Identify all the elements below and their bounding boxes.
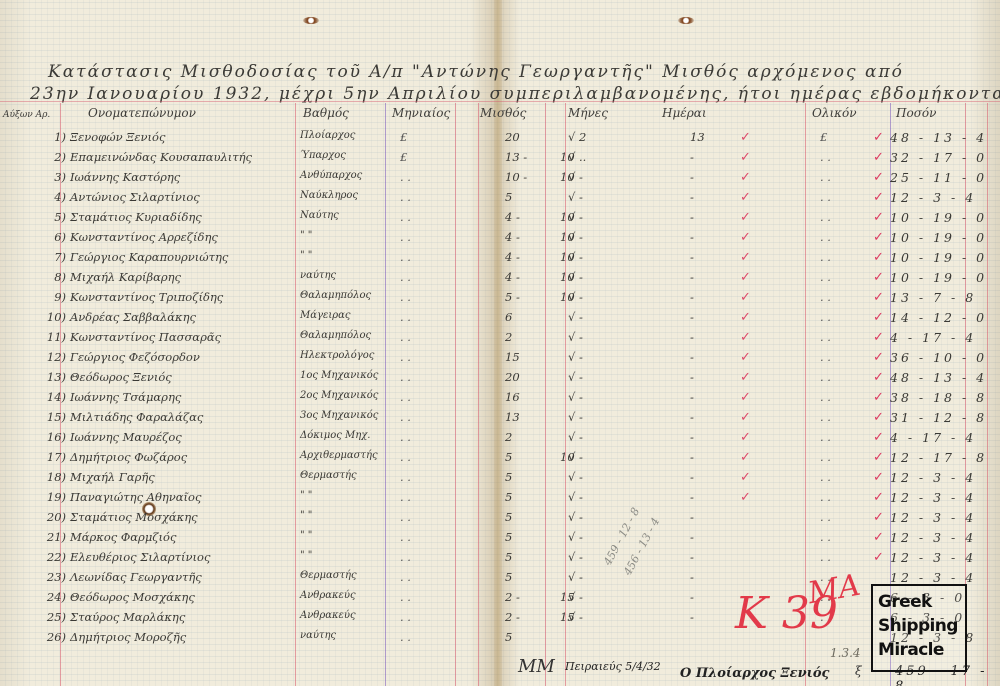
total-in-mark: . . (820, 250, 831, 264)
amount-value: 10 - 19 - 0 (890, 270, 1000, 285)
watermark-line-2: Shipping (878, 614, 965, 638)
crew-name: Σταμάτιος Μοσχάκης (70, 510, 198, 524)
days-value: - (690, 290, 694, 304)
row-number: 24) (40, 590, 66, 604)
red-check-icon: ✓ (740, 310, 751, 325)
monthly-mark: . . (400, 310, 411, 324)
days-value: - (690, 330, 694, 344)
months-value: √ - (568, 190, 583, 204)
monthly-mark: . . (400, 190, 411, 204)
row-number: 2) (40, 150, 66, 164)
red-check-icon: ✓ (740, 150, 751, 165)
days-value: - (690, 550, 694, 564)
amount-value: 4 - 17 - 4 (890, 430, 1000, 445)
table-row: 19)Παναγιώτης Αθηναῖος" ". .5√ --✓. .✓12… (0, 488, 1000, 508)
crew-name: Θεόδωρος Μοσχάκης (70, 590, 195, 604)
crew-rank: 2ος Μηχανικός (300, 390, 378, 401)
table-row: 20)Σταμάτιος Μοσχάκης" ". .5√ --. .✓12 -… (0, 508, 1000, 528)
red-check-icon: ✓ (873, 490, 884, 505)
red-check-icon: ✓ (740, 270, 751, 285)
days-value: - (690, 610, 694, 624)
crew-name: Λεωνίδας Γεωργαντῆς (70, 570, 202, 584)
red-check-icon: ✓ (873, 190, 884, 205)
wage-pounds: 5 (505, 470, 555, 484)
crew-rank: Πλοίαρχος (300, 130, 355, 141)
row-number: 21) (40, 530, 66, 544)
total-in-mark: . . (820, 310, 831, 324)
amount-value: 10 - 19 - 0 (890, 210, 1000, 225)
crew-name: Δημήτριος Φωζάρος (70, 450, 187, 464)
crew-rank: " " (300, 510, 312, 521)
amount-value: 48 - 13 - 4 (890, 130, 1000, 145)
row-number: 17) (40, 450, 66, 464)
red-check-icon: ✓ (740, 410, 751, 425)
table-row: 1)Ξενοφών ΞενιόςΠλοίαρχος£20√ 213✓£✓48 -… (0, 128, 1000, 148)
monthly-mark: . . (400, 570, 411, 584)
table-row: 21)Μάρκος Φαρμζιός" ". .5√ --. .✓12 - 3 … (0, 528, 1000, 548)
row-number: 11) (40, 330, 66, 344)
monthly-mark: . . (400, 510, 411, 524)
amount-value: 10 - 19 - 0 (890, 250, 1000, 265)
crew-rank: " " (300, 530, 312, 541)
crew-rank: 1ος Μηχανικός (300, 370, 378, 381)
monthly-mark: £ (400, 130, 407, 144)
crew-name: Ιωάννης Καστόρης (70, 170, 180, 184)
crew-name: Ανδρέας Σαββαλάκης (70, 310, 196, 324)
total-in-mark: . . (820, 290, 831, 304)
crew-rank: " " (300, 550, 312, 561)
monthly-mark: . . (400, 330, 411, 344)
red-check-icon: ✓ (873, 430, 884, 445)
monthly-mark: . . (400, 490, 411, 504)
wage-pounds: 5 (505, 630, 555, 644)
red-check-icon: ✓ (873, 310, 884, 325)
crew-rank: Θαλαμηπόλος (300, 330, 371, 341)
table-row: 11)Κωνσταντίνος ΠασσαρᾶςΘαλαμηπόλος. .2√… (0, 328, 1000, 348)
small-note: 1.3.4 (830, 646, 861, 660)
crew-name: Γεώργιος Φεζόσορδον (70, 350, 200, 364)
red-check-icon: ✓ (740, 250, 751, 265)
days-value: - (690, 310, 694, 324)
days-value: 13 (690, 130, 705, 144)
table-row: 8)Μιχαήλ Καρίβαρηςναύτης. .4 -10√ --✓. .… (0, 268, 1000, 288)
red-check-icon: ✓ (740, 390, 751, 405)
crew-name: Σταύρος Μαρλάκης (70, 610, 185, 624)
total-in-mark: . . (820, 150, 831, 164)
wage-pounds: 15 (505, 350, 555, 364)
row-number: 19) (40, 490, 66, 504)
days-value: - (690, 510, 694, 524)
monthly-mark: . . (400, 470, 411, 484)
days-value: - (690, 370, 694, 384)
wage-pounds: 4 - (505, 270, 555, 284)
months-value: √ - (568, 390, 583, 404)
crew-rank: ναύτης (300, 270, 336, 281)
wage-pounds: 10 - (505, 170, 555, 184)
footer-initials: ΜΜ (518, 656, 555, 677)
months-value: √ - (568, 510, 583, 524)
crew-name: Μιχαήλ Καρίβαρης (70, 270, 181, 284)
red-check-icon: ✓ (873, 270, 884, 285)
red-check-icon: ✓ (740, 130, 751, 145)
total-in-mark: . . (820, 490, 831, 504)
header-serial: Αύξων Αρ. (3, 110, 50, 120)
days-value: - (690, 390, 694, 404)
title-line-1: Κατάστασις Μισθοδοσίας τοῦ Α/π "Αντώνης … (48, 62, 904, 82)
wage-pounds: 4 - (505, 210, 555, 224)
total-in-mark: . . (820, 470, 831, 484)
amount-value: 48 - 13 - 4 (890, 370, 1000, 385)
crew-name: Παναγιώτης Αθηναῖος (70, 490, 201, 504)
crew-name: Μιχαήλ Γαρῆς (70, 470, 155, 484)
months-value: √ - (568, 590, 583, 604)
monthly-mark: . . (400, 430, 411, 444)
crew-name: Ελευθέριος Σιλαρτίνιος (70, 550, 210, 564)
watermark-line-3: Miracle (878, 638, 965, 662)
amount-value: 12 - 3 - 4 (890, 510, 1000, 525)
wage-pounds: 5 (505, 530, 555, 544)
monthly-mark: . . (400, 630, 411, 644)
crew-rank: Θερμαστής (300, 470, 357, 481)
crew-name: Ιωάννης Τσάμαρης (70, 390, 181, 404)
days-value: - (690, 270, 694, 284)
header-amount: Ποσόν (896, 106, 936, 120)
row-number: 22) (40, 550, 66, 564)
table-row: 25)Σταύρος ΜαρλάκηςΑνθρακεύς. .2 -15√ --… (0, 608, 1000, 628)
crew-rank: Ανθρακεύς (300, 610, 356, 621)
red-check-icon: ✓ (740, 470, 751, 485)
row-number: 10) (40, 310, 66, 324)
months-value: √ - (568, 310, 583, 324)
wage-pounds: 13 (505, 410, 555, 424)
days-value: - (690, 150, 694, 164)
crew-name: Σταμάτιος Κυριαδίδης (70, 210, 202, 224)
total-in-mark: . . (820, 270, 831, 284)
monthly-mark: £ (400, 150, 407, 164)
red-check-icon: ✓ (873, 370, 884, 385)
months-value: √ 2 (568, 130, 586, 144)
red-check-icon: ✓ (873, 170, 884, 185)
crew-name: Κωνσταντίνος Αρρεζίδης (70, 230, 218, 244)
months-value: √ - (568, 550, 583, 564)
wage-pounds: 13 - (505, 150, 555, 164)
amount-value: 10 - 19 - 0 (890, 230, 1000, 245)
wage-pounds: 4 - (505, 230, 555, 244)
table-row: 2)Επαμεινώνδας ΚουσαπαυλιτήςΎπαρχος£13 -… (0, 148, 1000, 168)
row-number: 14) (40, 390, 66, 404)
total-in-mark: . . (820, 210, 831, 224)
crew-rank: Αρχιθερμαστής (300, 450, 378, 461)
table-row: 5)Σταμάτιος ΚυριαδίδηςΝαύτης. .4 -10√ --… (0, 208, 1000, 228)
crew-name: Επαμεινώνδας Κουσαπαυλιτής (70, 150, 252, 164)
months-value: √ - (568, 350, 583, 364)
header-months: Μήνες (568, 106, 608, 120)
row-number: 9) (40, 290, 66, 304)
red-check-icon: ✓ (740, 490, 751, 505)
monthly-mark: . . (400, 170, 411, 184)
wage-pounds: 5 (505, 550, 555, 564)
red-check-icon: ✓ (740, 350, 751, 365)
amount-value: 36 - 10 - 0 (890, 350, 1000, 365)
table-row: 4)Αντώνιος ΣιλαρτίνιοςΝαύκληρος. .5√ --✓… (0, 188, 1000, 208)
wage-pounds: 2 - (505, 610, 555, 624)
row-number: 3) (40, 170, 66, 184)
days-value: - (690, 350, 694, 364)
header-wage: Μισθός (480, 106, 526, 120)
months-value: √ - (568, 170, 583, 184)
wage-pounds: 2 (505, 430, 555, 444)
amount-value: 31 - 12 - 8 (890, 410, 1000, 425)
wage-pounds: 5 (505, 190, 555, 204)
wage-pounds: 6 (505, 310, 555, 324)
wage-pounds: 5 (505, 490, 555, 504)
crew-name: Θεόδωρος Ξενιός (70, 370, 172, 384)
days-value: - (690, 570, 694, 584)
crew-name: Αντώνιος Σιλαρτίνιος (70, 190, 200, 204)
months-value: √ - (568, 290, 583, 304)
days-value: - (690, 410, 694, 424)
months-value: √ - (568, 610, 583, 624)
row-number: 6) (40, 230, 66, 244)
amount-value: 13 - 7 - 8 (890, 290, 1000, 305)
row-number: 12) (40, 350, 66, 364)
days-value: - (690, 490, 694, 504)
monthly-mark: . . (400, 230, 411, 244)
months-value: √ - (568, 370, 583, 384)
table-row: 7)Γεώργιος Καραπουρνιώτης" ". .4 -10√ --… (0, 248, 1000, 268)
red-check-icon: ✓ (873, 210, 884, 225)
row-number: 8) (40, 270, 66, 284)
watermark-line-1: Greek (878, 590, 965, 614)
monthly-mark: . . (400, 250, 411, 264)
red-check-icon: ✓ (873, 130, 884, 145)
red-check-icon: ✓ (873, 550, 884, 565)
header-rule (0, 101, 1000, 102)
red-check-icon: ✓ (873, 470, 884, 485)
months-value: √ - (568, 250, 583, 264)
monthly-mark: . . (400, 370, 411, 384)
total-in-mark: . . (820, 450, 831, 464)
row-number: 18) (40, 470, 66, 484)
crew-name: Ιωάννης Μαυρέζος (70, 430, 182, 444)
table-row: 22)Ελευθέριος Σιλαρτίνιος" ". .5√ --. .✓… (0, 548, 1000, 568)
total-in-mark: . . (820, 330, 831, 344)
table-row: 9)Κωνσταντίνος ΤριποζίδηςΘαλαμηπόλος. .5… (0, 288, 1000, 308)
amount-value: 32 - 17 - 0 (890, 150, 1000, 165)
months-value: √ - (568, 430, 583, 444)
red-check-icon: ✓ (740, 190, 751, 205)
total-in-mark: . . (820, 390, 831, 404)
table-row: 18)Μιχαήλ ΓαρῆςΘερμαστής. .5√ --✓. .✓12 … (0, 468, 1000, 488)
row-number: 20) (40, 510, 66, 524)
wage-pounds: 4 - (505, 250, 555, 264)
wage-pounds: 20 (505, 370, 555, 384)
days-value: - (690, 430, 694, 444)
wage-pounds: 16 (505, 390, 555, 404)
days-value: - (690, 230, 694, 244)
row-number: 4) (40, 190, 66, 204)
crew-name: Κωνσταντίνος Πασσαρᾶς (70, 330, 221, 344)
amount-value: 12 - 3 - 4 (890, 570, 1000, 585)
wage-pounds: 5 (505, 450, 555, 464)
monthly-mark: . . (400, 530, 411, 544)
days-value: - (690, 190, 694, 204)
red-check-icon: ✓ (873, 410, 884, 425)
red-check-icon: ✓ (873, 330, 884, 345)
crew-rank: Θερμαστής (300, 570, 357, 581)
red-check-icon: ✓ (873, 350, 884, 365)
amount-value: 4 - 17 - 4 (890, 330, 1000, 345)
crew-rank: Ύπαρχος (300, 150, 346, 161)
row-number: 1) (40, 130, 66, 144)
crew-rank: Μάγειρας (300, 310, 351, 321)
total-in-mark: . . (820, 370, 831, 384)
table-row: 10)Ανδρέας ΣαββαλάκηςΜάγειρας. .6√ --✓. … (0, 308, 1000, 328)
total-in-mark: . . (820, 550, 831, 564)
months-value: √ - (568, 410, 583, 424)
red-check-icon: ✓ (740, 330, 751, 345)
red-check-icon: ✓ (873, 290, 884, 305)
monthly-mark: . . (400, 270, 411, 284)
total-in-mark: . . (820, 510, 831, 524)
crew-rank: Ηλεκτρολόγος (300, 350, 374, 361)
red-check-icon: ✓ (873, 230, 884, 245)
amount-value: 12 - 3 - 4 (890, 190, 1000, 205)
total-in-mark: . . (820, 170, 831, 184)
days-value: - (690, 470, 694, 484)
red-check-icon: ✓ (740, 210, 751, 225)
row-number: 23) (40, 570, 66, 584)
red-check-icon: ✓ (873, 530, 884, 545)
staple-hole-left (303, 17, 319, 24)
header-name: Ονοματεπώνυμον (88, 106, 196, 120)
wage-pounds: 20 (505, 130, 555, 144)
months-value: √ - (568, 530, 583, 544)
red-check-icon: ✓ (740, 430, 751, 445)
wage-pounds: 5 - (505, 290, 555, 304)
months-value: √ - (568, 330, 583, 344)
amount-value: 12 - 3 - 4 (890, 530, 1000, 545)
months-value: √ - (568, 210, 583, 224)
crew-name: Μάρκος Φαρμζιός (70, 530, 176, 544)
months-value: √ - (568, 230, 583, 244)
crew-rank: ναύτης (300, 630, 336, 641)
total-in-mark: . . (820, 530, 831, 544)
crew-rank: Ανθύπαρχος (300, 170, 362, 181)
table-row: 16)Ιωάννης ΜαυρέζοςΔόκιμος Μηχ.. .2√ --✓… (0, 428, 1000, 448)
total-in-mark: . . (820, 190, 831, 204)
crew-name: Κωνσταντίνος Τριποζίδης (70, 290, 223, 304)
crew-name: Ξενοφών Ξενιός (70, 130, 165, 144)
amount-value: 14 - 12 - 0 (890, 310, 1000, 325)
crew-rank: Ανθρακεύς (300, 590, 356, 601)
table-row: 13)Θεόδωρος Ξενιός1ος Μηχανικός. .20√ --… (0, 368, 1000, 388)
monthly-mark: . . (400, 550, 411, 564)
red-check-icon: ✓ (873, 450, 884, 465)
table-row: 26)Δημήτριος Μοροζῆςναύτης. .512 - 3 - 8 (0, 628, 1000, 648)
header-monthly: Μηνιαίος (392, 106, 450, 120)
months-value: √ - (568, 570, 583, 584)
red-check-icon: ✓ (740, 290, 751, 305)
table-row: 12)Γεώργιος ΦεζόσορδονΗλεκτρολόγος. .15√… (0, 348, 1000, 368)
monthly-mark: . . (400, 210, 411, 224)
monthly-mark: . . (400, 350, 411, 364)
months-value: √ .. (568, 150, 586, 164)
red-check-icon: ✓ (873, 150, 884, 165)
wage-pounds: 2 - (505, 590, 555, 604)
wage-pounds: 5 (505, 510, 555, 524)
red-check-icon: ✓ (740, 370, 751, 385)
amount-value: 12 - 17 - 8 (890, 450, 1000, 465)
total-in-mark: . . (820, 350, 831, 364)
header-total-in: Ολικόν (812, 106, 857, 120)
crew-name: Δημήτριος Μοροζῆς (70, 630, 186, 644)
red-check-icon: ✓ (740, 230, 751, 245)
ledger-page: Κατάστασις Μισθοδοσίας τοῦ Α/π "Αντώνης … (0, 0, 1000, 686)
monthly-mark: . . (400, 390, 411, 404)
months-value: √ - (568, 270, 583, 284)
row-number: 15) (40, 410, 66, 424)
red-check-icon: ✓ (873, 510, 884, 525)
months-value: √ - (568, 450, 583, 464)
days-value: - (690, 530, 694, 544)
days-value: - (690, 450, 694, 464)
days-value: - (690, 590, 694, 604)
crew-rank: Ναύκληρος (300, 190, 358, 201)
amount-value: 25 - 11 - 0 (890, 170, 1000, 185)
red-check-icon: ✓ (740, 450, 751, 465)
crew-rank: Δόκιμος Μηχ. (300, 430, 371, 441)
amount-value: 38 - 18 - 8 (890, 390, 1000, 405)
header-rank: Βαθμός (303, 106, 349, 120)
wage-pounds: 5 (505, 570, 555, 584)
crew-name: Μιλτιάδης Φαραλάζας (70, 410, 203, 424)
table-row: 17)Δημήτριος ΦωζάροςΑρχιθερμαστής. .510√… (0, 448, 1000, 468)
months-value: √ - (568, 490, 583, 504)
header-days: Ημέραι (662, 106, 707, 120)
staple-hole-right (678, 17, 694, 24)
bottom-mark: ξ (855, 664, 862, 678)
row-number: 7) (40, 250, 66, 264)
crew-rank: " " (300, 230, 312, 241)
table-row: 6)Κωνσταντίνος Αρρεζίδης" ". .4 -10√ --✓… (0, 228, 1000, 248)
crew-rank: " " (300, 490, 312, 501)
red-check-icon: ✓ (873, 250, 884, 265)
row-number: 13) (40, 370, 66, 384)
total-in-mark: . . (820, 430, 831, 444)
total-in-mark: . . (820, 410, 831, 424)
months-value: √ - (568, 470, 583, 484)
crew-rank: 3ος Μηχανικός (300, 410, 378, 421)
monthly-mark: . . (400, 290, 411, 304)
amount-value: 12 - 3 - 4 (890, 470, 1000, 485)
row-number: 16) (40, 430, 66, 444)
monthly-mark: . . (400, 410, 411, 424)
amount-value: 12 - 3 - 4 (890, 550, 1000, 565)
crew-name: Γεώργιος Καραπουρνιώτης (70, 250, 228, 264)
red-check-icon: ✓ (873, 390, 884, 405)
footer-signature: Ο Πλοίαρχος Ξενιός (680, 666, 829, 681)
crew-rank: Θαλαμηπόλος (300, 290, 371, 301)
footer-place-date: Πειραιεύς 5/4/32 (565, 660, 661, 673)
row-number: 5) (40, 210, 66, 224)
row-number: 25) (40, 610, 66, 624)
crew-rank: " " (300, 250, 312, 261)
total-in-mark: . . (820, 230, 831, 244)
monthly-mark: . . (400, 590, 411, 604)
days-value: - (690, 210, 694, 224)
amount-value: 12 - 3 - 4 (890, 490, 1000, 505)
